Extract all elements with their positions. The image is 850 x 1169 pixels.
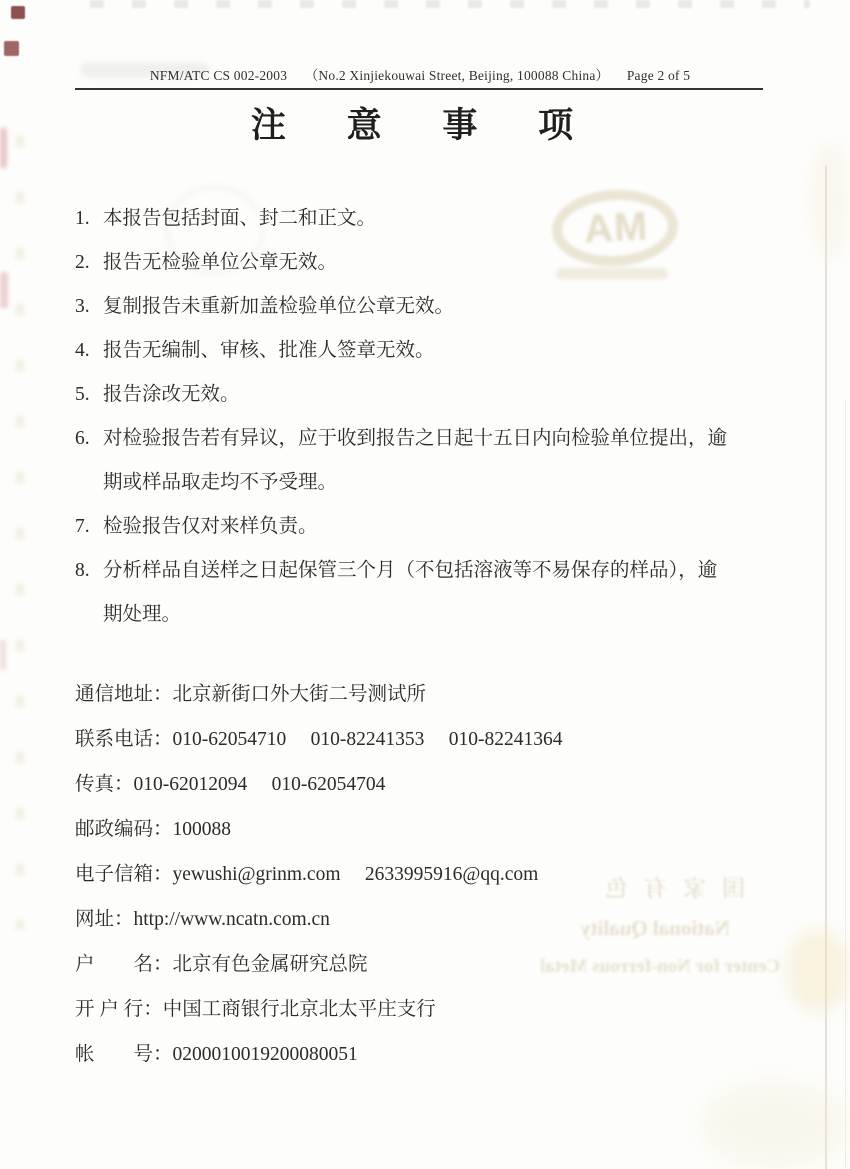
contact-line-account-name: 户 名：北京有色金属研究总院 (75, 952, 785, 997)
contact-line-fax: 传真：010-62012094 010-62054704 (75, 772, 785, 817)
note-text: 报告无检验单位公章无效。 (103, 252, 337, 273)
scan-artifact-red-mark (4, 41, 19, 56)
doc-code: NFM/ATC CS 002-2003 (150, 68, 287, 83)
note-text: 本报告包括封面、封二和正文。 (103, 208, 376, 229)
contact-label: 联系电话： (75, 729, 173, 750)
contact-line-phone: 联系电话：010-62054710 010-82241353 010-82241… (75, 727, 785, 772)
contact-value: 中国工商银行北京北太平庄支行 (163, 999, 436, 1020)
header-rule (75, 88, 763, 90)
note-number: 1. (75, 197, 90, 241)
note-item-1: 1. 本报告包括封面、封二和正文。 (75, 197, 733, 241)
note-item-8: 8. 分析样品自送样之日起保管三个月（不包括溶液等不易保存的样品），逾期处理。 (75, 549, 733, 637)
contact-value: 北京有色金属研究总院 (173, 954, 368, 975)
paper-stain (786, 928, 850, 1014)
page-header: NFM/ATC CS 002-2003 （No.2 Xinjiekouwai S… (0, 64, 840, 84)
contact-value: 北京新街口外大街二号测试所 (173, 684, 427, 705)
note-item-4: 4. 报告无编制、审核、批准人签章无效。 (75, 329, 733, 373)
contact-label: 帐 号： (75, 1044, 173, 1065)
note-number: 8. (75, 549, 90, 593)
contact-block: 通信地址：北京新街口外大街二号测试所 联系电话：010-62054710 010… (75, 682, 785, 1087)
contact-line-postcode: 邮政编码：100088 (75, 817, 785, 862)
contact-value: 0200010019200080051 (173, 1044, 358, 1065)
scanned-document-page: MA 国家有色 National Quality Center for Non-… (0, 0, 850, 1169)
note-number: 7. (75, 505, 90, 549)
note-number: 6. (75, 417, 90, 461)
note-number: 5. (75, 373, 90, 417)
contact-value: yewushi@grinm.com 2633995916@qq.com (173, 864, 539, 885)
contact-line-bank: 开 户 行：中国工商银行北京北太平庄支行 (75, 997, 785, 1042)
contact-label: 开 户 行： (75, 999, 163, 1020)
paper-stain (810, 140, 850, 260)
scan-noise-top-edge (90, 0, 810, 8)
notes-list: 1. 本报告包括封面、封二和正文。 2. 报告无检验单位公章无效。 3. 复制报… (75, 197, 733, 637)
note-item-3: 3. 复制报告未重新加盖检验单位公章无效。 (75, 285, 733, 329)
note-item-2: 2. 报告无检验单位公章无效。 (75, 241, 733, 285)
contact-label: 电子信箱： (75, 864, 173, 885)
contact-label: 邮政编码： (75, 819, 173, 840)
note-text: 检验报告仅对来样负责。 (103, 516, 318, 537)
contact-label: 传真： (75, 774, 134, 795)
note-text: 对检验报告若有异议，应于收到报告之日起十五日内向检验单位提出，逾期或样品取走均不… (103, 428, 727, 493)
scan-fold-line (845, 400, 846, 1169)
contact-line-account-number: 帐 号：0200010019200080051 (75, 1042, 785, 1087)
header-address: （No.2 Xinjiekouwai Street, Beijing, 1000… (305, 68, 610, 83)
contact-line-website: 网址：http://www.ncatn.com.cn (75, 907, 785, 952)
note-text: 报告涂改无效。 (103, 384, 240, 405)
note-text: 报告无编制、审核、批准人签章无效。 (103, 340, 435, 361)
note-item-5: 5. 报告涂改无效。 (75, 373, 733, 417)
note-text: 复制报告未重新加盖检验单位公章无效。 (103, 296, 454, 317)
note-number: 4. (75, 329, 90, 373)
page-title: 注 意 事 项 (0, 103, 824, 149)
note-item-7: 7. 检验报告仅对来样负责。 (75, 505, 733, 549)
contact-value: 010-62054710 010-82241353 010-82241364 (173, 729, 563, 750)
contact-value: 010-62012094 010-62054704 (134, 774, 386, 795)
note-number: 2. (75, 241, 90, 285)
note-text: 分析样品自送样之日起保管三个月（不包括溶液等不易保存的样品），逾期处理。 (103, 560, 717, 625)
scan-fold-line (825, 165, 827, 1169)
contact-line-address: 通信地址：北京新街口外大街二号测试所 (75, 682, 785, 727)
contact-value: http://www.ncatn.com.cn (134, 909, 330, 930)
left-edge-bleedthrough (0, 120, 44, 930)
contact-label: 网址： (75, 909, 134, 930)
scan-artifact-red-mark (11, 6, 25, 19)
contact-line-email: 电子信箱：yewushi@grinm.com 2633995916@qq.com (75, 862, 785, 907)
note-item-6: 6. 对检验报告若有异议，应于收到报告之日起十五日内向检验单位提出，逾期或样品取… (75, 417, 733, 505)
paper-stain (700, 1080, 850, 1169)
contact-value: 100088 (173, 819, 232, 840)
note-number: 3. (75, 285, 90, 329)
page-number: Page 2 of 5 (627, 68, 690, 83)
contact-label: 通信地址： (75, 684, 173, 705)
contact-label: 户 名： (75, 954, 173, 975)
